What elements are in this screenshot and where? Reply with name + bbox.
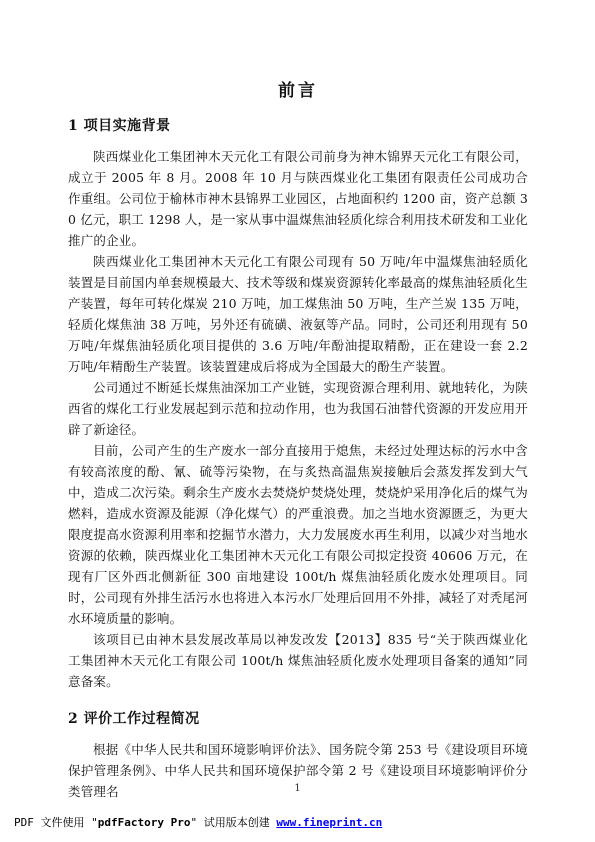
section-1-paragraph-2: 陕西煤业化工集团神木天元化工有限公司现有 50 万吨/年中温煤焦油轻质化装置是目… (68, 251, 528, 377)
document-title: 前言 (68, 76, 528, 101)
section-2-heading: 2 评价工作过程简况 (68, 708, 528, 728)
page-number: 1 (0, 783, 595, 794)
document-page: 前言 1 项目实施背景 陕西煤业化工集团神木天元化工有限公司前身为神木锦界天元化… (0, 0, 595, 842)
document-content: 前言 1 项目实施背景 陕西煤业化工集团神木天元化工有限公司前身为神木锦界天元化… (68, 76, 528, 802)
section-1-paragraph-4: 目前，公司产生的生产废水一部分直接用于熄焦，未经过处理达标的污水中含有较高浓度的… (68, 440, 528, 629)
section-1-paragraph-5: 该项目已由神木县发展改革局以神发改发【2013】835 号“关于陕西煤业化工集团… (68, 629, 528, 692)
footer-text-prefix: PDF 文件使用 " (14, 816, 98, 829)
footer-product-name: pdfFactory Pro (98, 816, 191, 829)
fineprint-link[interactable]: www.fineprint.cn (276, 816, 382, 829)
section-1-paragraph-1: 陕西煤业化工集团神木天元化工有限公司前身为神木锦界天元化工有限公司，成立于 20… (68, 146, 528, 251)
section-1-paragraph-3: 公司通过不断延长煤焦油深加工产业链，实现资源合理利用、就地转化，为陕西省的煤化工… (68, 377, 528, 440)
section-1-heading: 1 项目实施背景 (68, 115, 528, 135)
pdf-trial-footer: PDF 文件使用 "pdfFactory Pro" 试用版本创建 www.fin… (14, 814, 382, 830)
footer-text-suffix: " 试用版本创建 (190, 816, 276, 829)
